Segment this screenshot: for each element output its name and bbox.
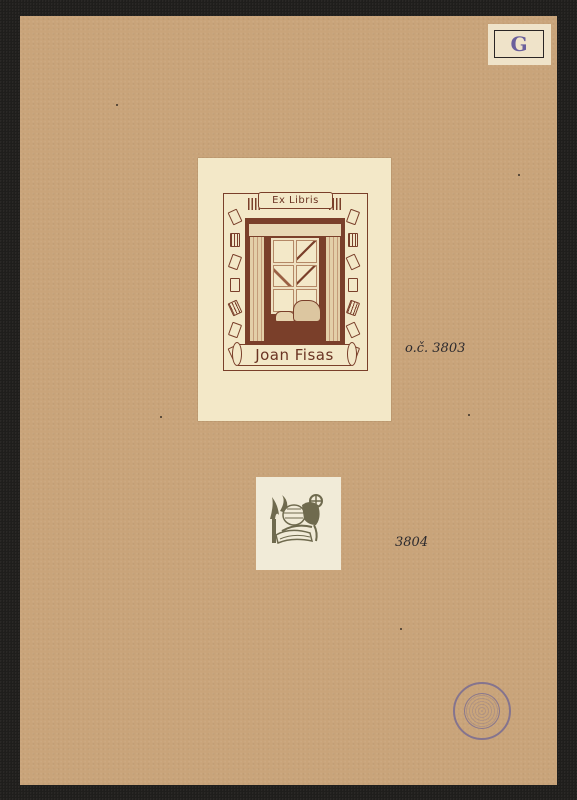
right-books-column-icon: [346, 210, 362, 360]
book-icon: [348, 233, 358, 247]
owner-name: Joan Fisas: [255, 348, 334, 363]
window-pane: [296, 265, 317, 288]
window-pane: [273, 265, 294, 288]
book-icon: [230, 233, 240, 247]
paper-speck: [468, 414, 470, 416]
paper-speck: [160, 416, 162, 418]
catalog-note-3803: o.č. 3803: [405, 341, 465, 356]
ex-libris-heading: Ex Libris: [272, 195, 319, 206]
paper-speck: [400, 628, 402, 630]
category-label-frame: G: [494, 30, 544, 58]
book-icon: [348, 278, 358, 292]
ex-libris-banner: Ex Libris: [258, 192, 333, 209]
owner-name-scroll: Joan Fisas: [238, 344, 351, 366]
book-icon: [346, 254, 361, 271]
left-curtain: [249, 236, 265, 342]
bookplate-joan-fisas: Ex Libris: [198, 158, 391, 421]
book-icon: [228, 322, 242, 339]
book-icon: [228, 209, 243, 226]
book-icon: [346, 299, 360, 316]
catalog-note-3804: 3804: [395, 535, 428, 550]
book-icon: [230, 278, 240, 292]
category-letter: G: [510, 34, 527, 54]
paper-speck: [116, 104, 118, 106]
windowsill-objects: [271, 302, 321, 322]
book-icon: [228, 254, 242, 271]
window-illustration: [245, 218, 345, 346]
book-icon: [346, 209, 360, 226]
institution-stamp-icon: [453, 682, 511, 740]
windowsill: [267, 322, 323, 327]
left-books-column-icon: [228, 210, 244, 360]
sack-icon: [293, 300, 321, 322]
book-icon: [346, 322, 361, 339]
window-pane: [273, 240, 294, 263]
right-curtain: [325, 236, 341, 342]
shoe-icon: [275, 311, 295, 322]
stamp-emblem: [464, 693, 500, 729]
bookplate-small: [256, 477, 341, 570]
book-icon: [228, 299, 243, 316]
category-label: G: [488, 24, 551, 65]
window-pane: [296, 240, 317, 263]
torch-book-emblem-icon: [266, 491, 328, 549]
paper-speck: [518, 174, 520, 176]
mount-sheet: G Ex Libris: [20, 16, 557, 785]
